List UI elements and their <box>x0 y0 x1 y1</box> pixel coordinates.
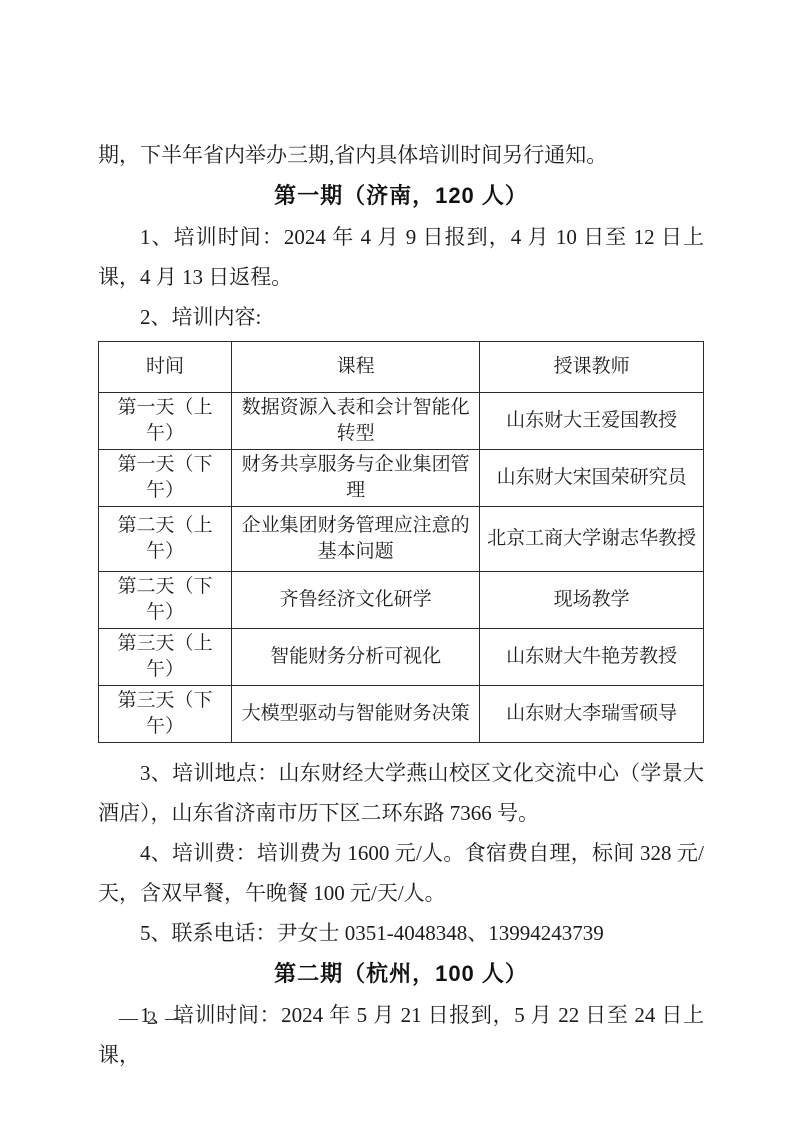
col-header-teacher: 授课教师 <box>480 342 704 393</box>
document-body: 期，下半年省内举办三期,省内具体培训时间另行通知。 第一期（济南，120 人） … <box>98 135 704 1075</box>
cell-teacher: 山东财大牛艳芳教授 <box>480 629 704 686</box>
cell-teacher: 山东财大宋国荣研究员 <box>480 450 704 507</box>
cell-time: 第二天（上午） <box>99 507 232 572</box>
table-row: 第二天（上午） 企业集团财务管理应注意的基本问题 北京工商大学谢志华教授 <box>99 507 704 572</box>
cell-time: 第一天（上午） <box>99 393 232 450</box>
cell-time: 第一天（下午） <box>99 450 232 507</box>
document-page: { "doc": { "intro_line": "期，下半年省内举办三期,省内… <box>0 0 800 1131</box>
session1-training-time-paragraph: 1、培训时间：2024 年 4 月 9 日报到，4 月 10 日至 12 日上课… <box>98 217 704 297</box>
table-row: 第一天（上午） 数据资源入表和会计智能化转型 山东财大王爱国教授 <box>99 393 704 450</box>
session1-heading: 第一期（济南，120 人） <box>98 175 704 217</box>
session1-contact-paragraph: 5、联系电话：尹女士 0351-4048348、13994243739 <box>98 913 704 953</box>
col-header-course: 课程 <box>232 342 480 393</box>
page-number: — 2 — <box>119 1004 186 1034</box>
cell-time: 第三天（上午） <box>99 629 232 686</box>
session1-training-content-label: 2、培训内容: <box>98 297 704 337</box>
table-row: 第三天（下午） 大模型驱动与智能财务决策 山东财大李瑞雪硕导 <box>99 686 704 743</box>
cell-teacher: 山东财大李瑞雪硕导 <box>480 686 704 743</box>
cell-time: 第二天（下午） <box>99 572 232 629</box>
intro-continuation-paragraph: 期，下半年省内举办三期,省内具体培训时间另行通知。 <box>98 135 704 175</box>
table-row: 第二天（下午） 齐鲁经济文化研学 现场教学 <box>99 572 704 629</box>
cell-teacher: 山东财大王爱国教授 <box>480 393 704 450</box>
cell-course: 财务共享服务与企业集团管理 <box>232 450 480 507</box>
cell-course: 大模型驱动与智能财务决策 <box>232 686 480 743</box>
session2-heading: 第二期（杭州，100 人） <box>98 953 704 995</box>
table-row: 第三天（上午） 智能财务分析可视化 山东财大牛艳芳教授 <box>99 629 704 686</box>
cell-time: 第三天（下午） <box>99 686 232 743</box>
session2-training-time-paragraph: 1、培训时间：2024 年 5 月 21 日报到，5 月 22 日至 24 日上… <box>98 995 704 1075</box>
table-row: 第一天（下午） 财务共享服务与企业集团管理 山东财大宋国荣研究员 <box>99 450 704 507</box>
schedule-table: 时间 课程 授课教师 第一天（上午） 数据资源入表和会计智能化转型 山东财大王爱… <box>98 341 704 743</box>
table-header-row: 时间 课程 授课教师 <box>99 342 704 393</box>
col-header-time: 时间 <box>99 342 232 393</box>
cell-teacher: 北京工商大学谢志华教授 <box>480 507 704 572</box>
cell-course: 智能财务分析可视化 <box>232 629 480 686</box>
cell-course: 数据资源入表和会计智能化转型 <box>232 393 480 450</box>
cell-course: 齐鲁经济文化研学 <box>232 572 480 629</box>
cell-course: 企业集团财务管理应注意的基本问题 <box>232 507 480 572</box>
cell-teacher: 现场教学 <box>480 572 704 629</box>
session1-fee-paragraph: 4、培训费：培训费为 1600 元/人。食宿费自理，标间 328 元/天，含双早… <box>98 833 704 913</box>
session1-location-paragraph: 3、培训地点：山东财经大学燕山校区文化交流中心（学景大酒店），山东省济南市历下区… <box>98 753 704 833</box>
